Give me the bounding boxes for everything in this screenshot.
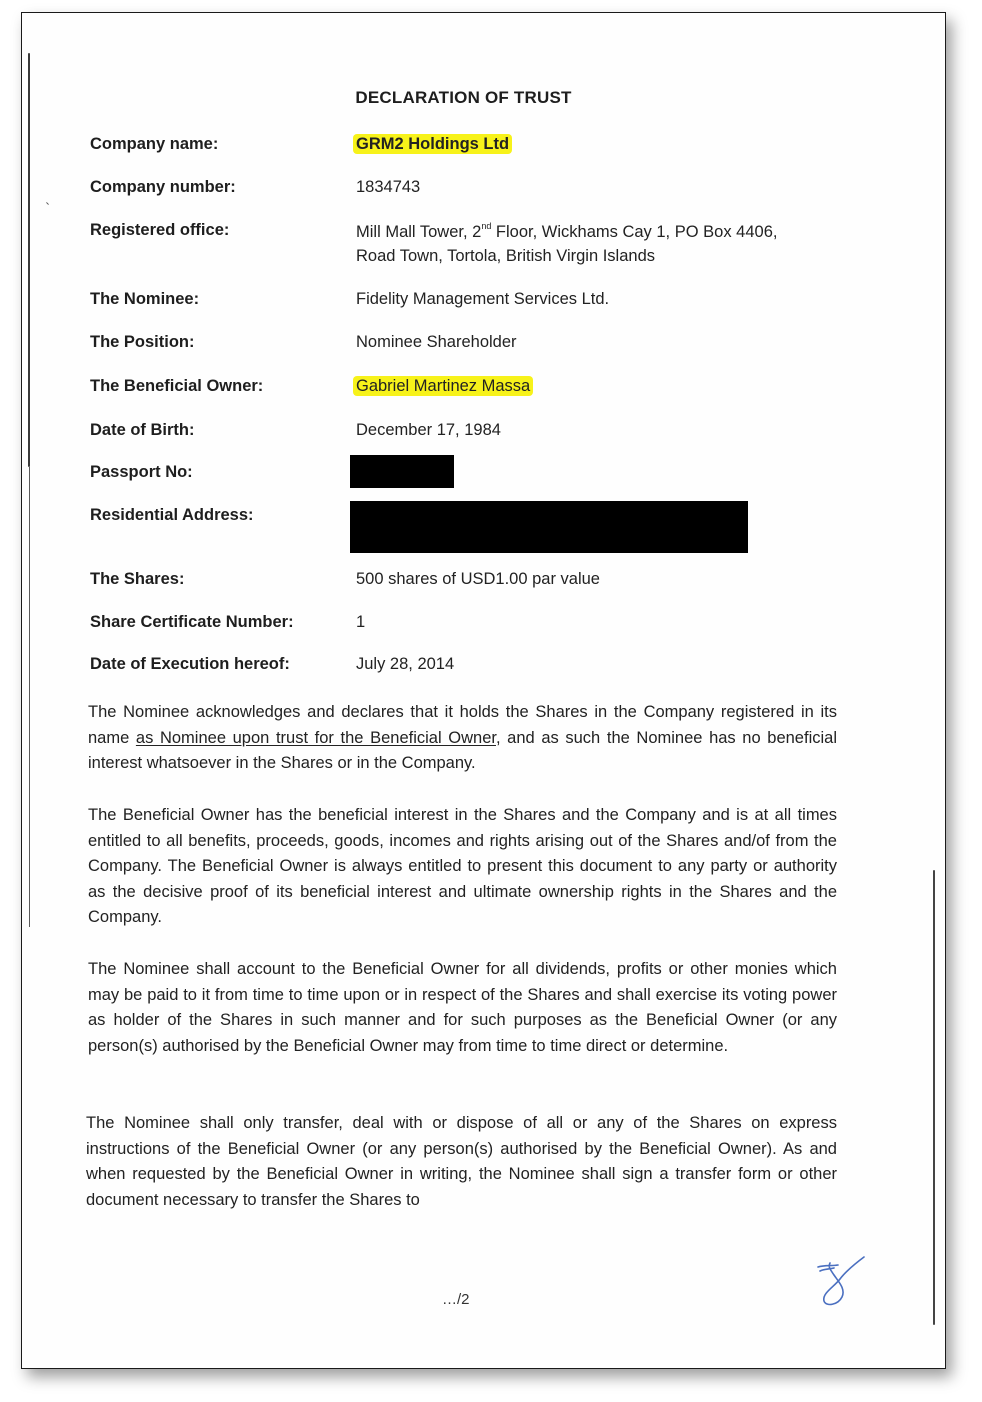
paragraph-transfer: The Nominee shall only transfer, deal wi… bbox=[86, 1111, 837, 1213]
company-name-highlight: GRM2 Holdings Ltd bbox=[353, 134, 512, 154]
left-margin-line bbox=[28, 53, 30, 467]
right-margin-line bbox=[933, 870, 935, 1325]
paragraph-beneficial-interest: The Beneficial Owner has the beneficial … bbox=[88, 803, 837, 931]
company-number-label: Company number: bbox=[90, 178, 236, 197]
date-of-execution-value: July 28, 2014 bbox=[356, 652, 454, 676]
paragraph-nominee-declaration: The Nominee acknowledges and declares th… bbox=[88, 700, 837, 777]
handwritten-initial-icon bbox=[812, 1253, 868, 1309]
residential-address-redaction bbox=[350, 501, 748, 553]
registered-office-label: Registered office: bbox=[90, 221, 229, 240]
passport-redaction bbox=[350, 455, 454, 488]
date-of-execution-label: Date of Execution hereof: bbox=[90, 655, 290, 674]
beneficial-owner-highlight: Gabriel Martinez Massa bbox=[353, 376, 533, 396]
underlined-trust-phrase: as Nominee upon trust for the Beneficial… bbox=[136, 729, 496, 747]
left-margin-line-lower bbox=[29, 467, 30, 927]
share-certificate-label: Share Certificate Number: bbox=[90, 613, 294, 632]
registered-office-line2: Road Town, Tortola, British Virgin Islan… bbox=[356, 244, 777, 268]
shares-label: The Shares: bbox=[90, 570, 184, 589]
page-continuation: …/2 bbox=[442, 1291, 470, 1308]
shares-value: 500 shares of USD1.00 par value bbox=[356, 567, 600, 591]
residential-address-label: Residential Address: bbox=[90, 506, 254, 525]
company-number-value: 1834743 bbox=[356, 175, 420, 199]
date-of-birth-value: December 17, 1984 bbox=[356, 418, 501, 442]
document-title: DECLARATION OF TRUST bbox=[22, 88, 905, 108]
nominee-value: Fidelity Management Services Ltd. bbox=[356, 287, 609, 311]
company-name-value: GRM2 Holdings Ltd bbox=[356, 132, 512, 156]
share-certificate-value: 1 bbox=[356, 610, 365, 634]
date-of-birth-label: Date of Birth: bbox=[90, 421, 195, 440]
position-value: Nominee Shareholder bbox=[356, 330, 517, 354]
position-label: The Position: bbox=[90, 333, 195, 352]
paragraph-dividends-voting: The Nominee shall account to the Benefic… bbox=[88, 957, 837, 1059]
registered-office-line1: Mill Mall Tower, 2nd Floor, Wickhams Cay… bbox=[356, 220, 777, 244]
passport-no-label: Passport No: bbox=[90, 463, 193, 482]
registered-office-value: Mill Mall Tower, 2nd Floor, Wickhams Cay… bbox=[356, 220, 777, 268]
scan-speck bbox=[46, 202, 49, 205]
document-page: DECLARATION OF TRUST Company name: GRM2 … bbox=[21, 12, 946, 1369]
beneficial-owner-value: Gabriel Martinez Massa bbox=[356, 374, 533, 398]
nominee-label: The Nominee: bbox=[90, 290, 199, 309]
beneficial-owner-label: The Beneficial Owner: bbox=[90, 377, 263, 396]
company-name-label: Company name: bbox=[90, 135, 218, 154]
